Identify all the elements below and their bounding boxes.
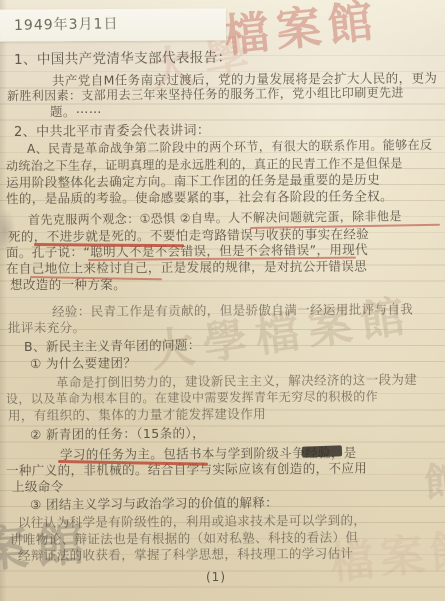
handwritten-line: 性的，是品质的考验。使命感要紧的事，社会有各阶段的任务全权。 bbox=[6, 186, 393, 207]
document-date: 1949年3月1日 bbox=[14, 13, 119, 35]
handwritten-line: 上级命令 bbox=[12, 477, 64, 495]
archive-stamp-watermark: 大學檔案館 bbox=[146, 279, 417, 379]
redacted-word bbox=[302, 445, 342, 457]
handwritten-line: 1、中国共产党清华支部代表报告： bbox=[14, 46, 232, 68]
handwritten-line: 批评未充分。 bbox=[8, 318, 85, 336]
handwritten-line: 用，有组织的、集体的力量才能发挥建设作用 bbox=[8, 404, 266, 424]
handwritten-line: ③ 团结主义学习与政治学习的价值的解释： bbox=[30, 493, 278, 513]
page-edge-shadow bbox=[0, 0, 7, 601]
handwritten-line: ② 新青团的任务：（15条的）， bbox=[30, 423, 205, 443]
handwritten-line: 2、中共北平市青委会代表讲词： bbox=[14, 119, 210, 140]
handwritten-line: B、新民主主义青年团的问题： bbox=[24, 335, 201, 355]
archive-stamp-watermark: 檔案館 bbox=[221, 0, 383, 65]
handwritten-line: 新胜利因素：支部用去三年来坚持任务的服务工作，党小组比印刷更先进 bbox=[7, 84, 404, 104]
archive-stamp-watermark: 館 bbox=[422, 449, 445, 509]
scanned-document-page: 大學 檔案館 大學檔案館 案館 檔案館 館 1949年3月1日 1、中国共产党清… bbox=[0, 0, 445, 601]
handwritten-line: 题。⋯⋯ bbox=[50, 102, 102, 120]
handwritten-line: 经验：民青工作是有贡献的，但是骄傲自满一经运用批评与自我 bbox=[52, 299, 413, 320]
handwritten-line: ① 为什么要建团？ bbox=[30, 353, 136, 372]
handwritten-line: 经辩证法的收获看，掌握了科学思想，科技理工的学习估计 bbox=[18, 544, 354, 564]
page-number: (1) bbox=[206, 570, 226, 584]
